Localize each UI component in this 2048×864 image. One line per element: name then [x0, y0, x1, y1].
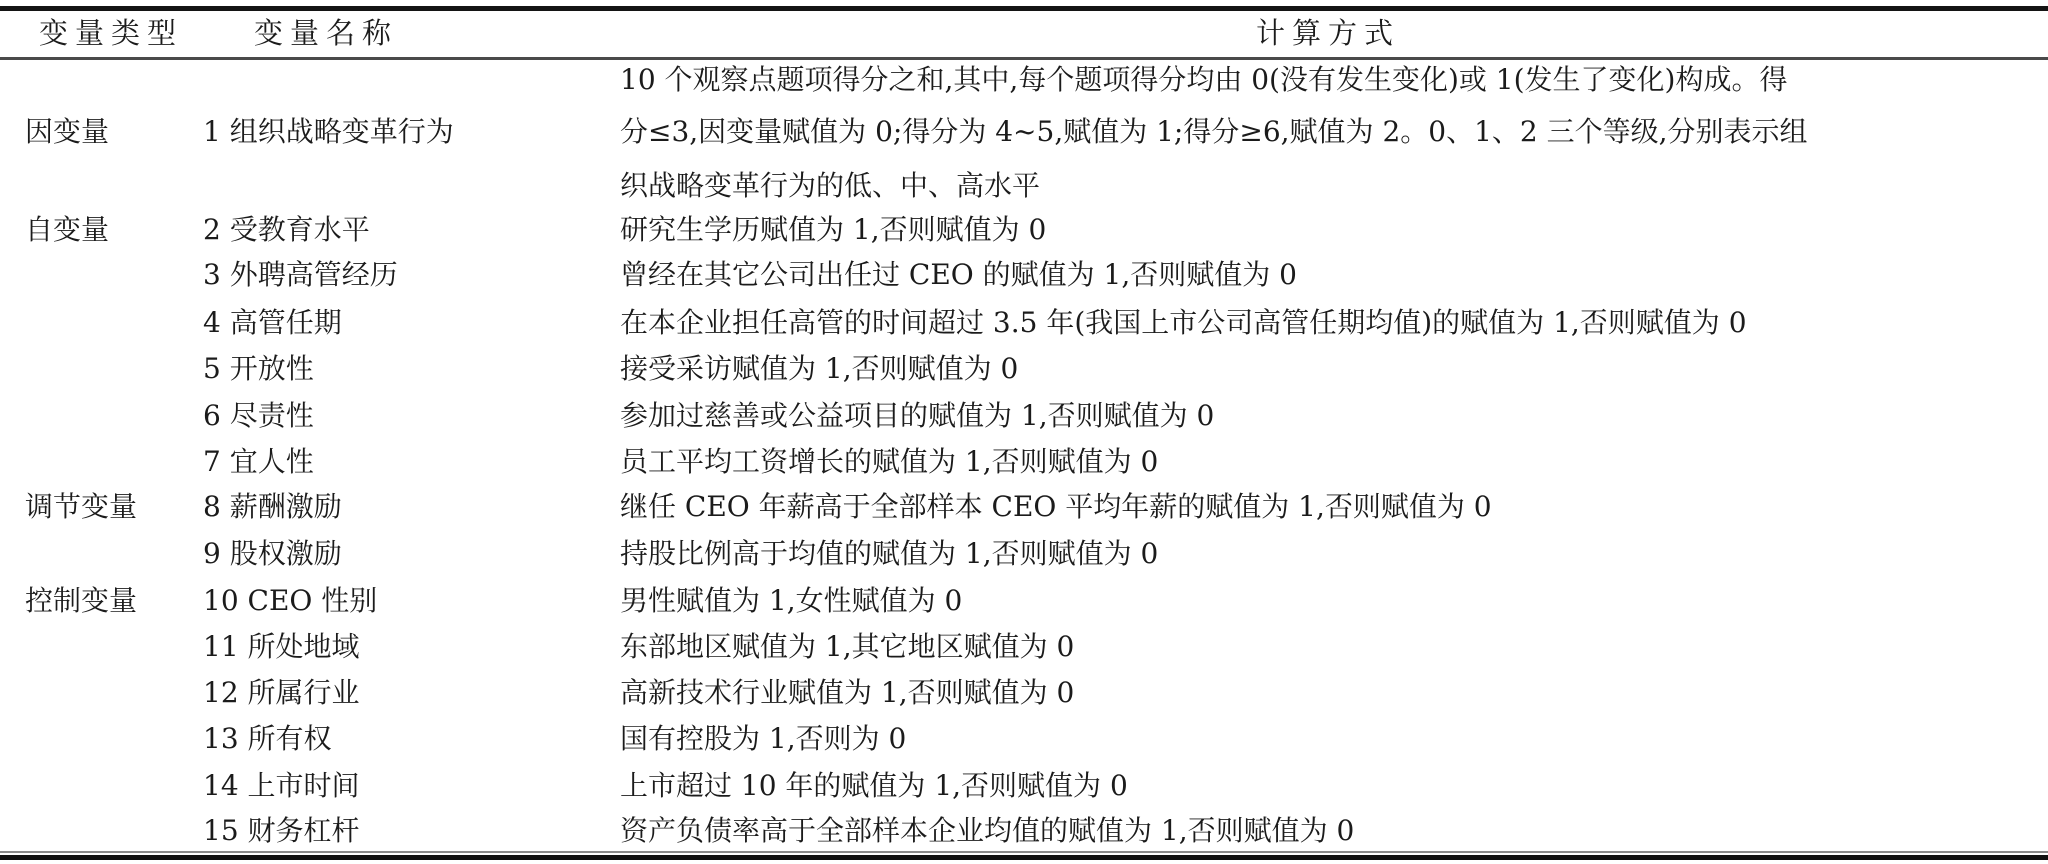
row-calc-line: 高新技术行业赋值为 1,否则赋值为 0: [620, 679, 1074, 707]
row-type-label: 控制变量: [25, 587, 137, 615]
row-calc-line: 参加过慈善或公益项目的赋值为 1,否则赋值为 0: [620, 402, 1214, 430]
table-bottom-thin-rule: [0, 851, 2048, 853]
row-calc-line: 资产负债率高于全部样本企业均值的赋值为 1,否则赋值为 0: [620, 817, 1354, 845]
row-var-name: 11 所处地域: [203, 633, 360, 661]
row-var-name: 3 外聘高管经历: [203, 261, 398, 289]
row-type-label: 调节变量: [25, 493, 137, 521]
row-calc-line: 东部地区赋值为 1,其它地区赋值为 0: [620, 633, 1074, 661]
row-var-name: 12 所属行业: [203, 679, 360, 707]
row-var-name: 9 股权激励: [203, 540, 342, 568]
row-var-name: 14 上市时间: [203, 772, 360, 800]
row-calc-line: 曾经在其它公司出任过 CEO 的赋值为 1,否则赋值为 0: [620, 261, 1297, 289]
row-var-name: 1 组织战略变革行为: [203, 118, 454, 146]
row-var-name: 5 开放性: [203, 355, 314, 383]
row-calc-line: 10 个观察点题项得分之和,其中,每个题项得分均由 0(没有发生变化)或 1(发…: [620, 66, 1787, 94]
row-var-name: 4 高管任期: [203, 309, 342, 337]
row-calc-line: 织战略变革行为的低、中、高水平: [620, 172, 1040, 200]
row-type-label: 因变量: [25, 118, 109, 146]
variables-table: 变量类型 变量名称 计算方式 因变量 1 组织战略变革行为 10 个观察点题项得…: [0, 0, 2048, 864]
row-calc-line: 上市超过 10 年的赋值为 1,否则赋值为 0: [620, 772, 1128, 800]
row-var-name: 7 宜人性: [203, 448, 314, 476]
row-var-name: 8 薪酬激励: [203, 493, 342, 521]
row-calc-line: 国有控股为 1,否则为 0: [620, 725, 906, 753]
col-header-calc-method: 计算方式: [620, 17, 2036, 49]
row-calc-line: 在本企业担任高管的时间超过 3.5 年(我国上市公司高管任期均值)的赋值为 1,…: [620, 309, 1747, 337]
col-header-variable-name: 变量名称: [215, 17, 437, 49]
row-calc-line: 持股比例高于均值的赋值为 1,否则赋值为 0: [620, 540, 1158, 568]
row-calc-line: 员工平均工资增长的赋值为 1,否则赋值为 0: [620, 448, 1158, 476]
table-bottom-thick-rule: [0, 855, 2048, 860]
row-var-name: 13 所有权: [203, 725, 332, 753]
row-var-name: 6 尽责性: [203, 402, 314, 430]
row-var-name: 15 财务杠杆: [203, 817, 360, 845]
row-calc-line: 研究生学历赋值为 1,否则赋值为 0: [620, 216, 1046, 244]
table-top-rule: [0, 6, 2048, 11]
header-separator-rule: [0, 57, 2048, 60]
row-calc-line: 接受采访赋值为 1,否则赋值为 0: [620, 355, 1018, 383]
row-calc-line: 分≤3,因变量赋值为 0;得分为 4~5,赋值为 1;得分≥6,赋值为 2。0、…: [620, 118, 1808, 146]
row-type-label: 自变量: [25, 216, 109, 244]
row-var-name: 10 CEO 性别: [203, 587, 377, 615]
row-calc-line: 男性赋值为 1,女性赋值为 0: [620, 587, 962, 615]
col-header-variable-type: 变量类型: [0, 17, 222, 49]
row-calc-line: 继任 CEO 年薪高于全部样本 CEO 平均年薪的赋值为 1,否则赋值为 0: [620, 493, 1492, 521]
row-var-name: 2 受教育水平: [203, 216, 370, 244]
